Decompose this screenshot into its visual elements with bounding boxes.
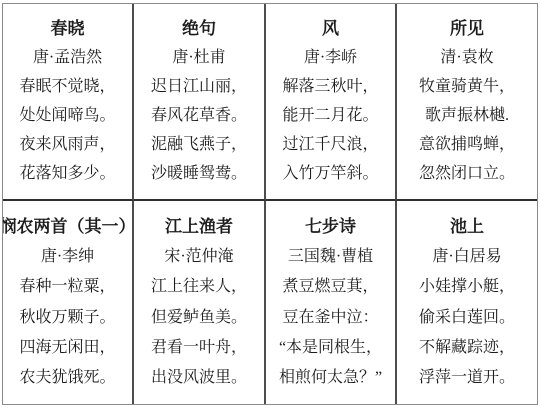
poem-line: 小娃撑小艇， (419, 279, 515, 295)
poem-line: 入竹万竿斜。 (282, 166, 378, 182)
poem-cell-chunxiao: 春晓 唐·孟浩然 春眠不觉晓， 处处闻啼鸟。 夜来风雨声， 花落知多少。 (3, 4, 134, 201)
poem-line: 但爱鲈鱼美。 (151, 310, 247, 326)
poem-line: 沙暖睡鸳鸯。 (151, 166, 247, 182)
poem-cell-jiangshangyuzhe: 江上渔者 宋·范仲淹 江上往来人， 但爱鲈鱼美。 君看一叶舟， 出没风波里。 (134, 201, 266, 404)
poem-author: 唐·杜甫 (172, 50, 225, 66)
poem-cell-suojian: 所见 清·袁枚 牧童骑黄牛， 歌声振林樾. 意欲捕鸣蝉， 忽然闭口立。 (397, 4, 537, 201)
poem-title: 风 (322, 20, 339, 37)
poem-author: 唐·孟浩然 (33, 50, 102, 66)
poem-line: 农夫犹饿死。 (19, 370, 115, 386)
poem-author: 唐·白居易 (432, 249, 501, 265)
poem-title: 绝句 (182, 20, 216, 37)
poem-line: 花落知多少。 (19, 166, 115, 182)
poem-title: 所见 (450, 20, 484, 37)
poem-line: 忽然闭口立。 (419, 166, 515, 182)
poem-line: 春风花草香。 (151, 108, 247, 124)
poem-author: 宋·范仲淹 (164, 249, 233, 265)
poem-line: 偷采白莲回。 (419, 310, 515, 326)
poem-author: 三国魏·曹植 (288, 249, 373, 265)
poem-title: 悯农两首（其一） (3, 218, 134, 235)
poem-line: 煮豆燃豆萁， (282, 279, 378, 295)
poem-cell-minnong: 悯农两首（其一） 唐·李绅 春种一粒粟， 秋收万颗子。 四海无闲田， 农夫犹饿死… (3, 201, 134, 404)
poem-line: 处处闻啼鸟。 (19, 108, 115, 124)
poem-line: 春种一粒粟， (19, 279, 115, 295)
poem-title: 七步诗 (305, 218, 356, 235)
poem-line: “本是同根生， (279, 340, 382, 356)
poem-line: 春眠不觉晓， (19, 79, 115, 95)
poem-title: 江上渔者 (165, 218, 233, 235)
poem-cell-qibushi: 七步诗 三国魏·曹植 煮豆燃豆萁， 豆在釜中泣： “本是同根生， 相煎何太急？” (266, 201, 397, 404)
poem-author: 唐·李绅 (41, 249, 94, 265)
poem-cell-feng: 风 唐·李峤 解落三秋叶， 能开二月花。 过江千尺浪， 入竹万竿斜。 (266, 4, 397, 201)
poem-cell-chishang: 池上 唐·白居易 小娃撑小艇， 偷采白莲回。 不解藏踪迹， 浮萍一道开。 (397, 201, 537, 404)
poem-line: 浮萍一道开。 (419, 370, 515, 386)
poem-line: 夜来风雨声， (19, 137, 115, 153)
poem-line: 解落三秋叶， (282, 79, 378, 95)
poem-line: 迟日江山丽， (151, 79, 247, 95)
poem-line: 相煎何太急？” (279, 370, 382, 386)
poem-line: 不解藏踪迹， (419, 340, 515, 356)
poem-line: 出没风波里。 (151, 370, 247, 386)
poem-line: 泥融飞燕子， (151, 137, 247, 153)
poem-line: 江上往来人， (151, 279, 247, 295)
poem-line: 意欲捕鸣蝉， (419, 137, 515, 153)
poem-cell-jueju: 绝句 唐·杜甫 迟日江山丽， 春风花草香。 泥融飞燕子， 沙暖睡鸳鸯。 (134, 4, 266, 201)
poem-worksheet-page: 春晓 唐·孟浩然 春眠不觉晓， 处处闻啼鸟。 夜来风雨声， 花落知多少。 绝句 … (0, 0, 540, 412)
poem-line: 秋收万颗子。 (19, 310, 115, 326)
poem-line: 能开二月花。 (282, 108, 378, 124)
poem-line: 四海无闲田， (19, 340, 115, 356)
poem-table: 春晓 唐·孟浩然 春眠不觉晓， 处处闻啼鸟。 夜来风雨声， 花落知多少。 绝句 … (2, 3, 538, 405)
poem-author: 清·袁枚 (440, 50, 493, 66)
poem-line: 豆在釜中泣： (282, 310, 378, 326)
poem-line: 君看一叶舟， (151, 340, 247, 356)
poem-author: 唐·李峤 (304, 50, 357, 66)
poem-line: 过江千尺浪， (282, 137, 378, 153)
poem-title: 春晓 (51, 20, 85, 37)
poem-title: 池上 (450, 218, 484, 235)
poem-line: 歌声振林樾. (425, 108, 509, 124)
poem-line: 牧童骑黄牛， (419, 79, 515, 95)
